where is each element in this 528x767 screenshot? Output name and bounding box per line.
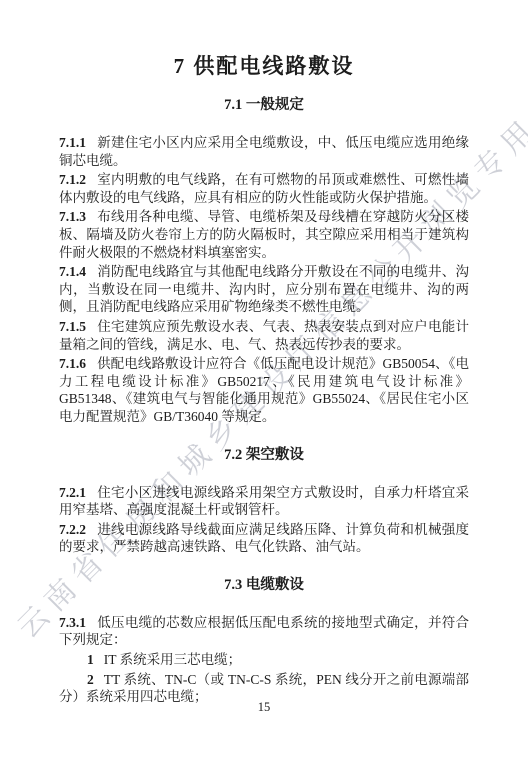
clause-text: 消防配电线路宜与其他配电线路分开敷设在不同的电缆井、沟内，当敷设在同一电缆井、沟…	[59, 264, 469, 314]
clause-number: 7.3.1	[59, 615, 86, 630]
clause-number: 7.1.1	[59, 135, 86, 150]
clause-7-1-3: 7.1.3布线用各种电缆、导管、电缆桥架及母线槽在穿越防火分区楼板、隔墙及防火卷…	[59, 208, 469, 261]
clause-text: 低压电缆的芯数应根据低压配电系统的接地型式确定，并符合下列规定：	[59, 615, 469, 648]
clause-7-2-1: 7.2.1住宅小区进线电源线路采用架空方式敷设时，自承力杆塔宜采用窄基塔、高强度…	[59, 484, 469, 519]
subitem-text: IT 系统采用三芯电缆；	[104, 652, 241, 667]
clause-text: 供配电线路敷设计应符合《低压配电设计规范》GB50054、《电力工程电缆设计标准…	[59, 356, 469, 424]
clause-number: 7.2.1	[59, 485, 86, 500]
clause-7-1-2: 7.1.2室内明敷的电气线路，在有可燃物的吊顶或难燃性、可燃性墙体内敷设的电气线…	[59, 171, 469, 206]
clause-text: 住宅小区进线电源线路采用架空方式敷设时，自承力杆塔宜采用窄基塔、高强度混凝土杆或…	[59, 485, 469, 518]
clause-text: 室内明敷的电气线路，在有可燃物的吊顶或难燃性、可燃性墙体内敷设的电气线路，应具有…	[59, 172, 469, 205]
clause-7-2-2: 7.2.2进线电源线路导线截面应满足线路压降、计算负荷和机械强度的要求，严禁跨越…	[59, 521, 469, 556]
clause-7-3-1: 7.3.1低压电缆的芯数应根据低压配电系统的接地型式确定，并符合下列规定：	[59, 614, 469, 649]
subitem-number: 1	[87, 652, 94, 667]
clause-number: 7.1.5	[59, 319, 86, 334]
section-heading-7-1: 7.1 一般规定	[59, 97, 469, 114]
clause-number: 7.1.2	[59, 172, 86, 187]
chapter-title: 7 供配电线路敷设	[59, 52, 469, 80]
clause-number: 7.1.3	[59, 209, 86, 224]
clause-7-1-6: 7.1.6供配电线路敷设计应符合《低压配电设计规范》GB50054、《电力工程电…	[59, 355, 469, 425]
page-number: 15	[0, 700, 528, 715]
subitem-number: 2	[87, 672, 94, 687]
clause-7-1-1: 7.1.1新建住宅小区内应采用全电缆敷设，中、低压电缆应选用绝缘铜芯电缆。	[59, 134, 469, 169]
clause-text: 布线用各种电缆、导管、电缆桥架及母线槽在穿越防火分区楼板、隔墙及防火卷帘上方的防…	[59, 209, 469, 259]
clause-number: 7.1.6	[59, 356, 86, 371]
clause-text: 住宅建筑应预先敷设水表、气表、热表安装点到对应户电能计量箱之间的管线，满足水、电…	[59, 319, 469, 352]
page-content: 7 供配电线路敷设 7.1 一般规定 7.1.1新建住宅小区内应采用全电缆敷设，…	[59, 52, 469, 708]
clause-number: 7.1.4	[59, 264, 86, 279]
clause-7-1-4: 7.1.4消防配电线路宜与其他配电线路分开敷设在不同的电缆井、沟内，当敷设在同一…	[59, 263, 469, 316]
subitem-1: 1IT 系统采用三芯电缆；	[59, 651, 469, 669]
clause-text: 进线电源线路导线截面应满足线路压降、计算负荷和机械强度的要求，严禁跨越高速铁路、…	[59, 522, 469, 555]
section-heading-7-3: 7.3 电缆敷设	[59, 577, 469, 594]
clause-7-1-5: 7.1.5住宅建筑应预先敷设水表、气表、热表安装点到对应户电能计量箱之间的管线，…	[59, 318, 469, 353]
section-heading-7-2: 7.2 架空敷设	[59, 447, 469, 464]
clause-text: 新建住宅小区内应采用全电缆敷设，中、低压电缆应选用绝缘铜芯电缆。	[59, 135, 469, 168]
clause-number: 7.2.2	[59, 522, 86, 537]
